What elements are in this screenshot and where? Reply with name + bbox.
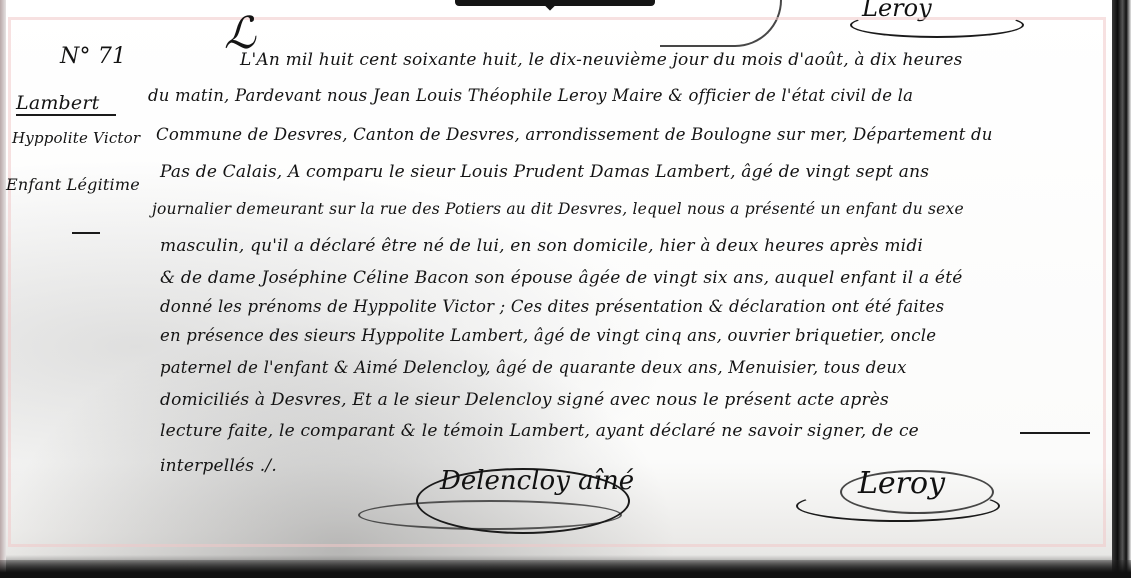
act-line-7: & de dame Joséphine Céline Bacon son épo… bbox=[160, 268, 963, 288]
line-fill-dash bbox=[1020, 432, 1090, 434]
margin-given-names: Hyppolite Victor bbox=[12, 129, 140, 147]
margin-surname: Lambert bbox=[16, 92, 100, 114]
page-left-edge bbox=[0, 0, 6, 578]
act-line-12: lecture faite, le comparant & le témoin … bbox=[160, 421, 919, 441]
act-line-4: Pas de Calais, A comparu le sieur Louis … bbox=[160, 162, 929, 182]
act-line-3: Commune de Desvres, Canton de Desvres, a… bbox=[156, 125, 993, 144]
signature-swash-delencloy bbox=[358, 500, 622, 530]
act-line-2: du matin, Pardevant nous Jean Louis Théo… bbox=[148, 86, 913, 105]
act-line-9: en présence des sieurs Hyppolite Lambert… bbox=[160, 326, 936, 345]
signature-delencloy: Delencloy aîné bbox=[440, 466, 634, 496]
book-spine bbox=[1112, 0, 1131, 578]
margin-status: Enfant Légitime bbox=[6, 175, 140, 194]
act-line-8: donné les prénoms de Hyppolite Victor ; … bbox=[160, 297, 944, 316]
act-line-5: journalier demeurant sur la rue des Poti… bbox=[152, 200, 964, 218]
previous-signature-swash bbox=[850, 12, 1024, 38]
act-line-6: masculin, qu'il a déclaré être né de lui… bbox=[160, 236, 923, 256]
act-number: N° 71 bbox=[60, 44, 126, 69]
act-line-10: paternel de l'enfant & Aimé Delencloy, â… bbox=[160, 358, 907, 377]
act-line-11: domiciliés à Desvres, Et a le sieur Dele… bbox=[160, 390, 889, 410]
page-bottom-edge bbox=[0, 560, 1131, 578]
signature-leroy: Leroy bbox=[858, 466, 945, 501]
act-line-13: interpellés ./. bbox=[160, 456, 277, 476]
status-underline bbox=[72, 232, 100, 234]
surname-underline bbox=[16, 114, 116, 116]
act-line-1: L'An mil huit cent soixante huit, le dix… bbox=[240, 50, 963, 70]
